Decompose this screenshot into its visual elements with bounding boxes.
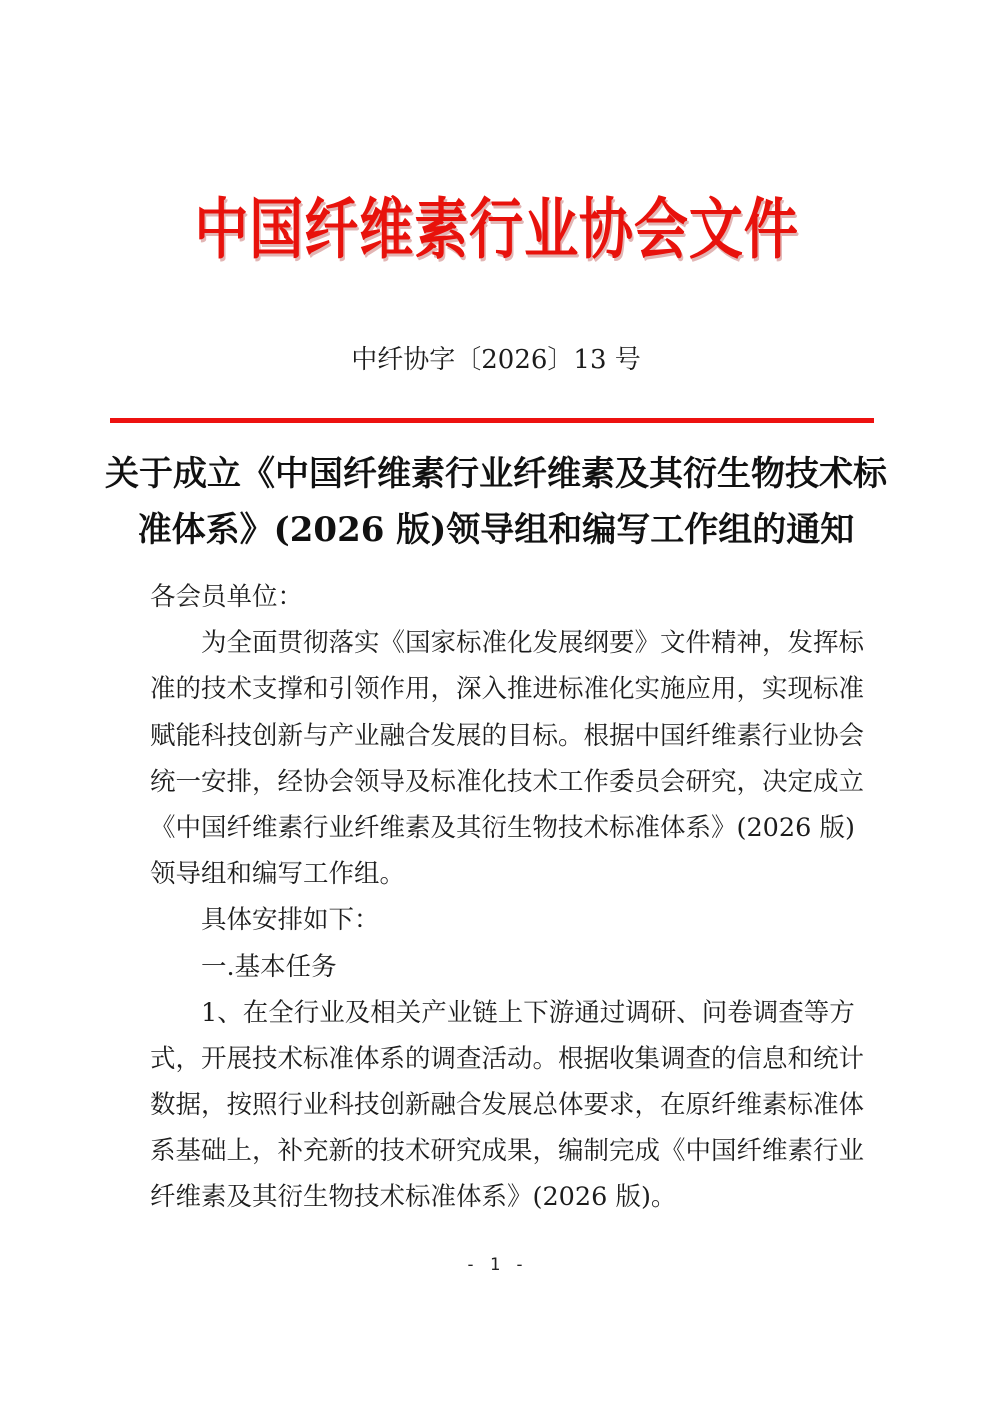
org-header-text: 中国纤维素行业协会文件 [194,190,798,268]
body-line: 赋能科技创新与产业融合发展的目标。根据中国纤维素行业协会 [150,713,862,759]
body-line: 纤维素及其衍生物技术标准体系》(2026 版)。 [150,1174,862,1220]
red-separator-rule [110,418,874,423]
body-text: 各会员单位： 为全面贯彻落实《国家标准化发展纲要》文件精神，发挥标 准的技术支撑… [150,574,862,1221]
body-line-section-heading: 一.基本任务 [150,944,862,990]
page-number: - 1 - [0,1254,992,1276]
doc-title-line-1: 关于成立《中国纤维素行业纤维素及其衍生物技术标 [0,446,992,502]
body-line: 数据，按照行业科技创新融合发展总体要求，在原纤维素标准体 [150,1082,862,1128]
body-line: 具体安排如下： [150,897,862,943]
doc-number: 中纤协字〔2026〕13 号 [0,344,992,376]
body-line: 式，开展技术标准体系的调查活动。根据收集调查的信息和统计 [150,1036,862,1082]
doc-title: 关于成立《中国纤维素行业纤维素及其衍生物技术标 准体系》(2026 版)领导组和… [0,446,992,558]
body-line: 为全面贯彻落实《国家标准化发展纲要》文件精神，发挥标 [150,620,862,666]
body-line: 统一安排，经协会领导及标准化技术工作委员会研究，决定成立 [150,759,862,805]
body-line: 系基础上，补充新的技术研究成果，编制完成《中国纤维素行业 [150,1128,862,1174]
body-line: 1、在全行业及相关产业链上下游通过调研、问卷调查等方 [150,990,862,1036]
doc-title-line-2: 准体系》(2026 版)领导组和编写工作组的通知 [0,502,992,558]
document-page: 中国纤维素行业协会文件 中纤协字〔2026〕13 号 关于成立《中国纤维素行业纤… [0,0,992,1403]
body-line: 准的技术支撑和引领作用，深入推进标准化实施应用，实现标准 [150,666,862,712]
body-line: 领导组和编写工作组。 [150,851,862,897]
org-header: 中国纤维素行业协会文件 [0,190,992,268]
body-line-salutation: 各会员单位： [150,574,862,620]
body-line: 《中国纤维素行业纤维素及其衍生物技术标准体系》(2026 版) [150,805,862,851]
